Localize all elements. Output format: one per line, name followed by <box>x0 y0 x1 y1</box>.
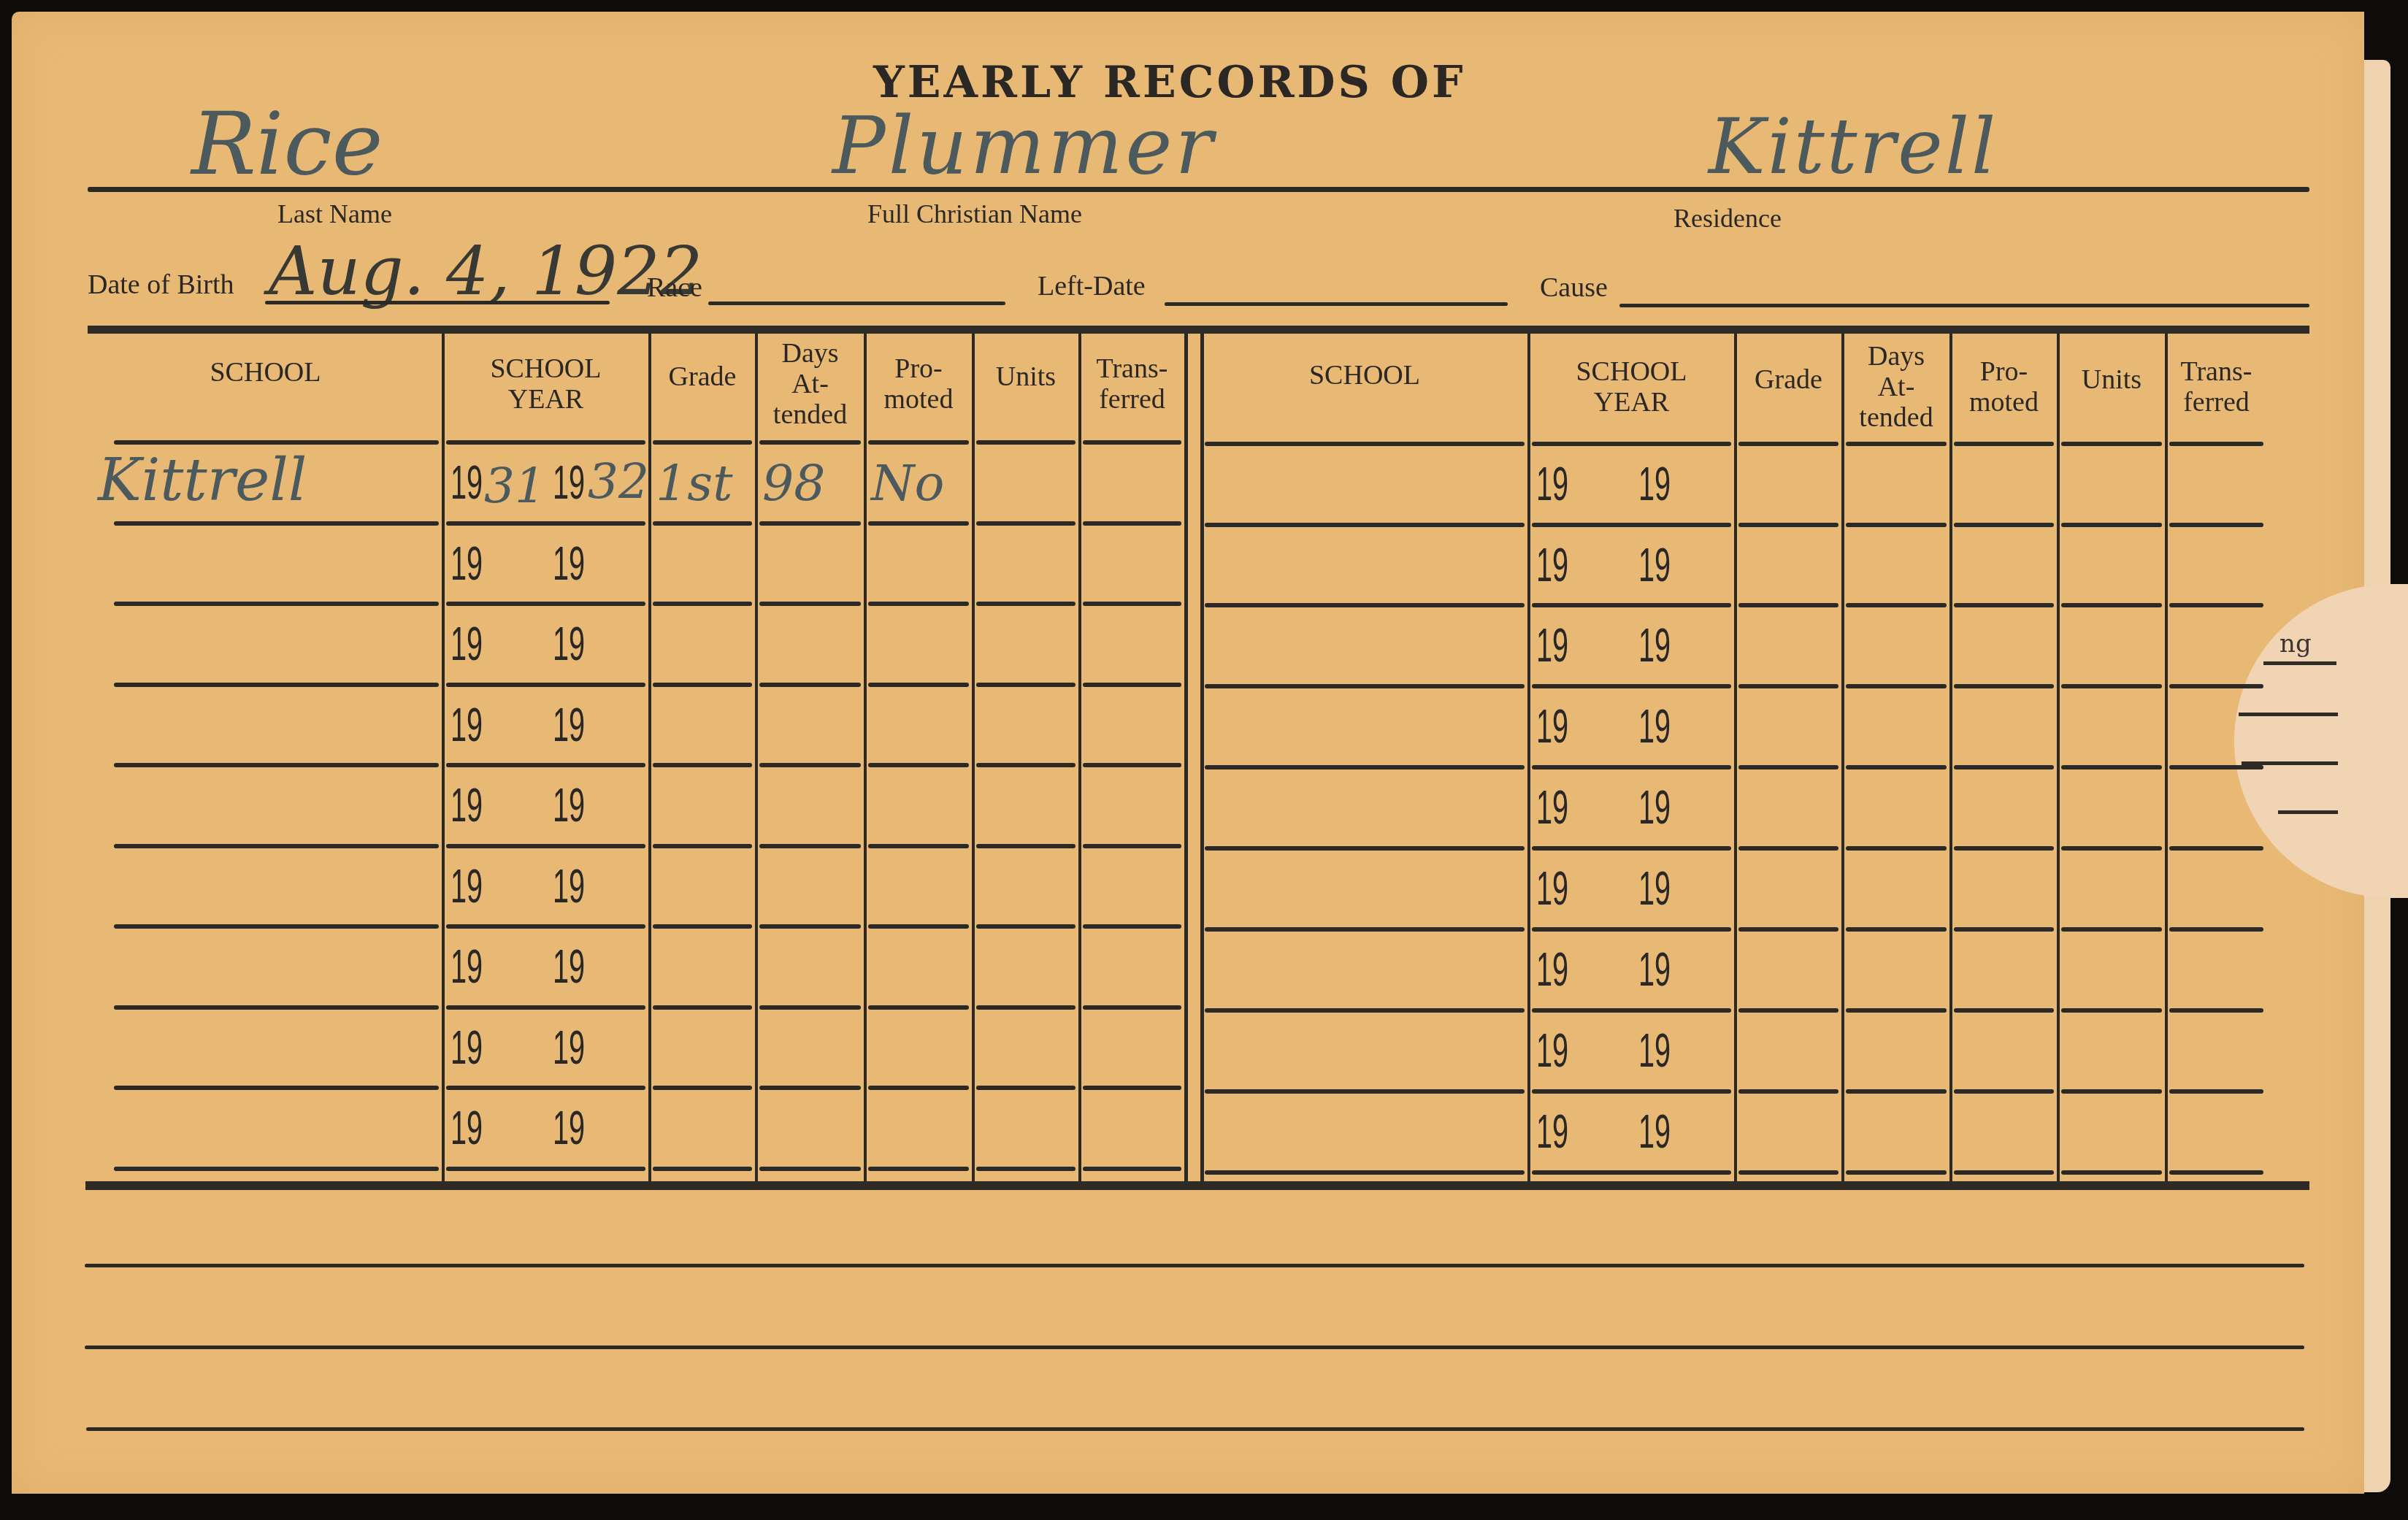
row-line <box>1738 442 1838 446</box>
row-line <box>1738 603 1838 607</box>
row-line <box>1532 1008 1731 1013</box>
row-line <box>1738 523 1838 527</box>
column-line <box>1841 334 1844 1186</box>
column-line <box>755 334 758 1183</box>
row-line <box>1846 927 1947 932</box>
row-line <box>653 1005 752 1010</box>
notes-line[interactable] <box>86 1427 2304 1431</box>
row-line <box>1846 523 1947 527</box>
row-line <box>1205 1170 1525 1175</box>
row-line <box>868 1005 969 1010</box>
row-line <box>1532 523 1731 527</box>
row-line <box>2169 523 2263 527</box>
year-prefix-to: 19 <box>553 540 585 587</box>
row-line <box>1083 683 1181 687</box>
row-line <box>446 521 645 526</box>
row-line <box>1083 844 1181 848</box>
row-line <box>1738 765 1838 769</box>
header-right-school: SCHOOL <box>1205 342 1525 449</box>
header-left-transferred: Trans-ferred <box>1083 339 1181 429</box>
row-line <box>653 1086 752 1090</box>
row-line <box>2169 927 2263 932</box>
year-prefix-to: 19 <box>1638 1108 1671 1155</box>
row-line <box>114 1086 439 1090</box>
row-line <box>2061 603 2162 607</box>
row-line <box>976 521 1075 526</box>
year-prefix-from: 19 <box>450 540 483 587</box>
row-line <box>1846 442 1947 446</box>
cell-promoted[interactable]: No <box>871 455 944 513</box>
row-line <box>1083 924 1181 929</box>
header-left-units: Units <box>976 339 1075 450</box>
year-prefix-from: 19 <box>450 459 483 506</box>
row-line <box>653 521 752 526</box>
cell-school[interactable]: Kittrell <box>98 446 307 514</box>
row-line <box>114 844 439 848</box>
header-label: At- <box>791 369 829 399</box>
year-prefix-from: 19 <box>450 702 483 748</box>
row-line <box>868 1086 969 1090</box>
year-prefix-from: 19 <box>1536 461 1568 507</box>
row-line <box>759 521 861 526</box>
row-line <box>446 1005 645 1010</box>
header-label: Pro- <box>894 353 942 384</box>
row-line <box>446 602 645 606</box>
row-line <box>2061 765 2162 769</box>
header-left-days-attended: DaysAt-tended <box>759 339 861 429</box>
year-prefix-from: 19 <box>450 782 483 829</box>
year-prefix-from: 19 <box>450 621 483 667</box>
header-right-grade: Grade <box>1738 342 1838 453</box>
scanned-record-card: ng YEARLY RECORDS OF Rice Plummer Kittre… <box>0 0 2408 1520</box>
row-line <box>1083 521 1181 526</box>
row-line <box>1846 1008 1947 1013</box>
row-line <box>1205 1089 1525 1094</box>
year-prefix-to: 19 <box>1638 1027 1671 1074</box>
row-line <box>759 602 861 606</box>
year-prefix-to: 19 <box>553 863 585 910</box>
row-line <box>759 924 861 929</box>
header-label: SCHOOL <box>210 357 321 388</box>
row-line <box>653 1167 752 1171</box>
year-prefix-to: 19 <box>553 1024 585 1071</box>
row-line <box>868 1167 969 1171</box>
row-line <box>653 602 752 606</box>
row-line <box>1083 1086 1181 1090</box>
row-line <box>114 602 439 606</box>
year-prefix-to: 19 <box>1638 622 1671 669</box>
row-line <box>446 924 645 929</box>
row-line <box>759 763 861 767</box>
year-prefix-to: 19 <box>1638 461 1671 507</box>
row-line <box>976 683 1075 687</box>
row-line <box>2169 1008 2263 1013</box>
header-label: moted <box>1969 387 2039 418</box>
header-left-promoted: Pro-moted <box>868 339 969 429</box>
year-prefix-to: 19 <box>1638 865 1671 912</box>
row-line <box>1954 603 2054 607</box>
row-line <box>976 602 1075 606</box>
row-line <box>1738 1089 1838 1094</box>
row-line <box>1083 1167 1181 1171</box>
row-line <box>1083 602 1181 606</box>
year-prefix-from: 19 <box>1536 622 1568 669</box>
year-prefix-from: 19 <box>1536 946 1568 993</box>
row-line <box>2061 1008 2162 1013</box>
row-line <box>1954 684 2054 688</box>
row-line <box>1532 846 1731 851</box>
row-line <box>1205 603 1525 607</box>
year-prefix-to: 19 <box>553 1105 585 1151</box>
row-line <box>976 440 1075 445</box>
header-label: moted <box>884 384 954 415</box>
header-label: YEAR <box>1594 387 1669 418</box>
year-prefix-from: 19 <box>1536 703 1568 750</box>
row-line <box>114 440 439 445</box>
year-prefix-to: 19 <box>553 943 585 990</box>
year-prefix-from: 19 <box>450 1105 483 1151</box>
header-label: Grade <box>1755 364 1822 395</box>
row-line <box>1532 765 1731 769</box>
row-line <box>759 1005 861 1010</box>
row-line <box>114 1005 439 1010</box>
row-line <box>1532 1170 1731 1175</box>
column-line <box>1527 334 1530 1186</box>
header-label: Units <box>996 361 1056 392</box>
header-label: ferred <box>1099 384 1165 415</box>
row-line <box>976 1005 1075 1010</box>
row-line <box>1954 1089 2054 1094</box>
row-line <box>2061 1089 2162 1094</box>
year-to-value[interactable]: 32 <box>588 453 649 510</box>
row-line <box>114 1167 439 1171</box>
notes-line[interactable] <box>85 1346 2304 1349</box>
row-line <box>976 844 1075 848</box>
row-line <box>1738 684 1838 688</box>
row-line <box>2169 765 2263 769</box>
row-line <box>446 683 645 687</box>
row-line <box>868 440 969 445</box>
row-line <box>1083 440 1181 445</box>
table-divider-line <box>1184 334 1188 1183</box>
header-label: Pro- <box>1980 356 2028 387</box>
row-line <box>114 924 439 929</box>
year-prefix-to: 19 <box>553 702 585 748</box>
row-line <box>976 1086 1075 1090</box>
header-label: SCHOOL <box>490 353 601 384</box>
year-prefix-from: 19 <box>1536 865 1568 912</box>
row-line <box>653 924 752 929</box>
row-line <box>868 521 969 526</box>
row-line <box>114 521 439 526</box>
row-line <box>1738 1170 1838 1175</box>
row-line <box>976 763 1075 767</box>
header-label: Trans- <box>2181 356 2252 387</box>
row-line <box>1205 523 1525 527</box>
row-line <box>1846 684 1947 688</box>
row-line <box>868 683 969 687</box>
row-line <box>2169 442 2263 446</box>
row-line <box>1954 927 2054 932</box>
cell-grade[interactable]: 1st <box>656 455 733 513</box>
header-label: At- <box>1878 372 1915 402</box>
year-prefix-to: 19 <box>553 459 585 506</box>
row-line <box>759 683 861 687</box>
year-prefix-from: 19 <box>1536 784 1568 831</box>
row-line <box>1205 1008 1525 1013</box>
year-prefix-from: 19 <box>450 943 483 990</box>
row-line <box>2061 684 2162 688</box>
row-line <box>1205 442 1525 446</box>
table-bottom-rule <box>85 1181 2309 1190</box>
row-line <box>1738 846 1838 851</box>
header-label: SCHOOL <box>1576 356 1687 387</box>
year-prefix-to: 19 <box>1638 784 1671 831</box>
column-line <box>2165 334 2168 1186</box>
column-line <box>972 334 975 1183</box>
row-line <box>1738 1008 1838 1013</box>
header-left-school: SCHOOL <box>92 339 439 446</box>
row-line <box>653 844 752 848</box>
year-prefix-to: 19 <box>1638 542 1671 588</box>
row-line <box>1954 442 2054 446</box>
year-prefix-from: 19 <box>1536 1027 1568 1074</box>
row-line <box>868 602 969 606</box>
notes-line[interactable] <box>85 1264 2304 1267</box>
row-line <box>759 844 861 848</box>
cell-days-attended[interactable]: 98 <box>762 455 826 513</box>
row-line <box>1954 1008 2054 1013</box>
year-prefix-from: 19 <box>1536 1108 1568 1155</box>
header-left-school-year: SCHOOLYEAR <box>446 339 645 429</box>
header-right-units: Units <box>2061 342 2162 453</box>
row-line <box>2061 523 2162 527</box>
row-line <box>976 924 1075 929</box>
row-line <box>1532 684 1731 688</box>
row-line <box>2061 846 2162 851</box>
header-label: tended <box>1859 402 1933 433</box>
header-left-grade: Grade <box>653 339 752 450</box>
row-line <box>2061 1170 2162 1175</box>
row-line <box>868 924 969 929</box>
year-prefix-from: 19 <box>450 1024 483 1071</box>
yearly-records-table: SCHOOLSCHOOLYEARGradeDaysAt-tendedPro-mo… <box>0 0 2408 1520</box>
row-line <box>1205 765 1525 769</box>
row-line <box>868 763 969 767</box>
row-line <box>1846 1089 1947 1094</box>
header-label: Units <box>2082 364 2141 395</box>
row-line <box>2169 846 2263 851</box>
header-label: Days <box>1868 341 1925 372</box>
header-label: SCHOOL <box>1309 360 1420 391</box>
row-line <box>2061 927 2162 932</box>
row-line <box>868 844 969 848</box>
row-line <box>114 683 439 687</box>
header-right-transferred: Trans-ferred <box>2169 342 2263 431</box>
header-label: Grade <box>669 361 737 392</box>
header-right-school-year: SCHOOLYEAR <box>1532 342 1731 431</box>
row-line <box>446 763 645 767</box>
year-prefix-to: 19 <box>1638 703 1671 750</box>
row-line <box>1532 603 1731 607</box>
row-line <box>1205 927 1525 932</box>
row-line <box>759 1167 861 1171</box>
header-label: Days <box>781 338 838 369</box>
header-label: YEAR <box>508 384 583 415</box>
year-prefix-from: 19 <box>1536 542 1568 588</box>
column-line <box>1949 334 1952 1186</box>
row-line <box>2169 1089 2263 1094</box>
row-line <box>446 844 645 848</box>
row-line <box>1846 846 1947 851</box>
row-line <box>1083 1005 1181 1010</box>
header-right-days-attended: DaysAt-tended <box>1846 342 1947 431</box>
row-line <box>1954 1170 2054 1175</box>
row-line <box>1532 442 1731 446</box>
row-line <box>653 440 752 445</box>
row-line <box>446 440 645 445</box>
row-line <box>1846 1170 1947 1175</box>
column-line <box>2057 334 2060 1186</box>
row-line <box>2169 603 2263 607</box>
year-prefix-from: 19 <box>450 863 483 910</box>
row-line <box>1532 1089 1731 1094</box>
row-line <box>976 1167 1075 1171</box>
header-right-promoted: Pro-moted <box>1954 342 2054 431</box>
row-line <box>446 1167 645 1171</box>
year-prefix-to: 19 <box>553 621 585 667</box>
row-line <box>653 683 752 687</box>
table-divider-line <box>1200 334 1204 1183</box>
header-label: tended <box>773 399 847 430</box>
year-from-value[interactable]: 31 <box>484 458 545 514</box>
row-line <box>1846 603 1947 607</box>
row-line <box>759 1086 861 1090</box>
row-line <box>1954 846 2054 851</box>
row-line <box>1083 763 1181 767</box>
row-line <box>446 1086 645 1090</box>
row-line <box>2061 442 2162 446</box>
row-line <box>1532 927 1731 932</box>
row-line <box>653 763 752 767</box>
header-label: Trans- <box>1097 353 1168 384</box>
column-line <box>1734 334 1737 1186</box>
row-line <box>1738 927 1838 932</box>
row-line <box>2169 1170 2263 1175</box>
row-line <box>1205 846 1525 851</box>
header-label: ferred <box>2183 387 2250 418</box>
year-prefix-to: 19 <box>553 782 585 829</box>
column-line <box>1078 334 1081 1183</box>
row-line <box>2169 684 2263 688</box>
column-line <box>442 334 445 1183</box>
year-prefix-to: 19 <box>1638 946 1671 993</box>
row-line <box>1954 523 2054 527</box>
row-line <box>1205 684 1525 688</box>
row-line <box>114 763 439 767</box>
column-line <box>864 334 867 1183</box>
row-line <box>1954 765 2054 769</box>
row-line <box>759 440 861 445</box>
row-line <box>1846 765 1947 769</box>
